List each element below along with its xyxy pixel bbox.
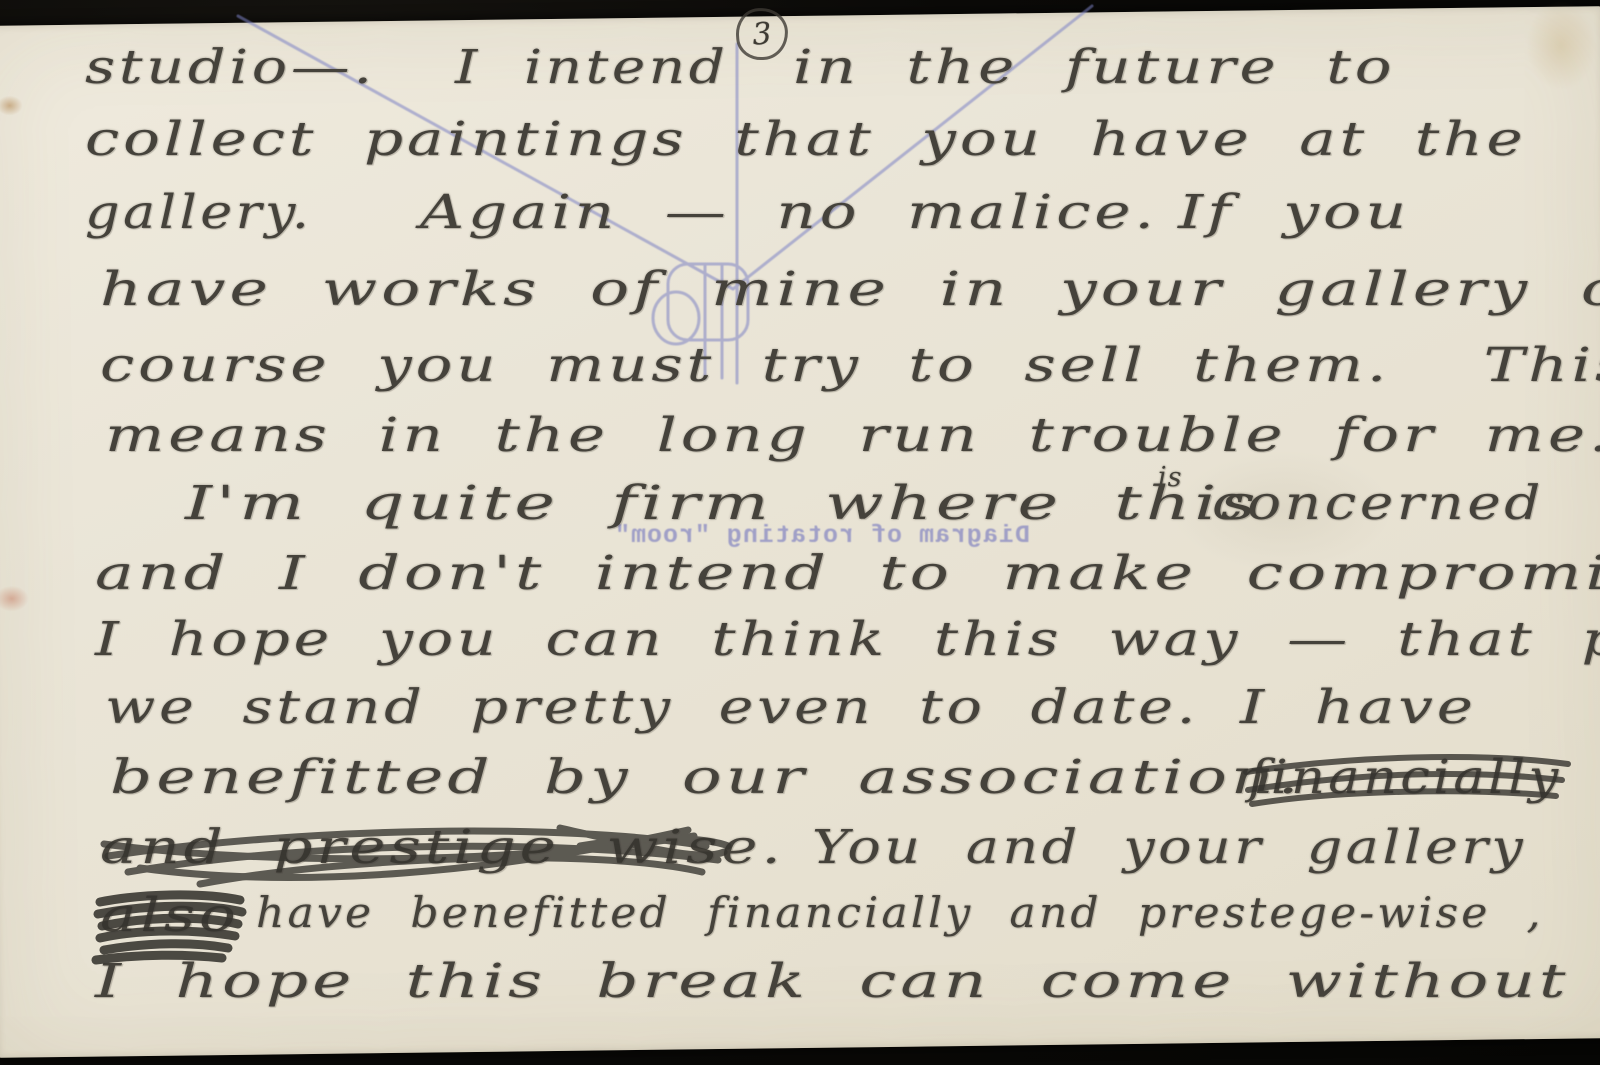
strike-financially xyxy=(1246,757,1568,804)
scribble-also xyxy=(96,895,242,960)
scanned-letter-page: Diagram of rotating "room" studio—. I in… xyxy=(0,0,1600,1065)
strikeout-marks xyxy=(0,0,1600,1065)
scribble-prestige xyxy=(104,828,728,884)
